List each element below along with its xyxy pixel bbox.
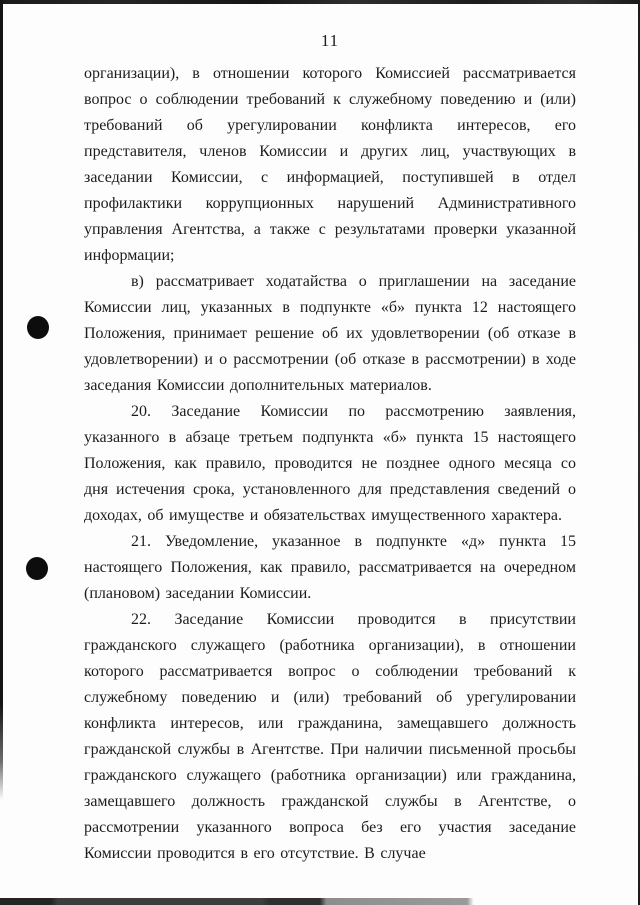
paragraph: в) рассматривает ходатайства о приглашен… [84,269,576,399]
hole-punch-mark-top [27,316,49,339]
scan-top-edge [0,0,640,4]
page-number: 11 [84,31,576,51]
scan-left-edge [0,0,3,800]
scan-bottom-edge [0,898,640,905]
hole-punch-mark-bottom [26,557,48,580]
paragraph: 20. Заседание Комиссии по рассмотрению з… [84,399,576,529]
document-body: организации), в отношении которого Комис… [84,61,576,867]
paragraph: 21. Уведомление, указанное в подпункте «… [84,529,576,607]
paragraph: 22. Заседание Комиссии проводится в прис… [84,607,576,867]
scanned-document-page: { "page": { "number": "11" }, "document"… [0,0,640,905]
paragraph: организации), в отношении которого Комис… [84,61,576,269]
